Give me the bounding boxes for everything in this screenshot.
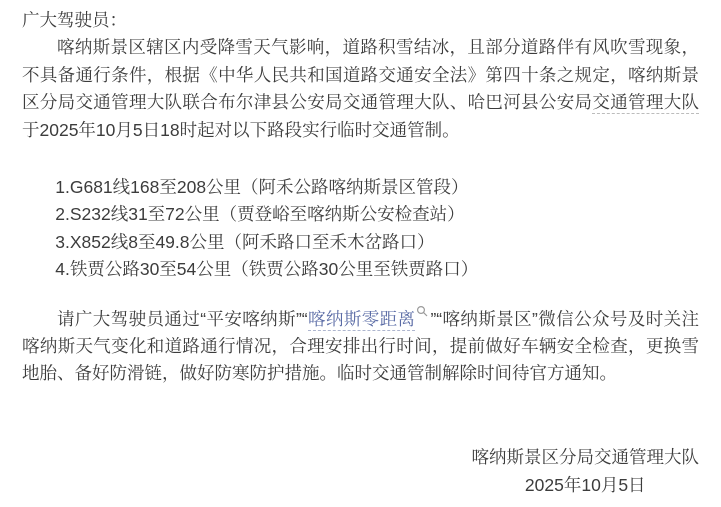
road-list-item-4: 4.铁贾公路30至54公里（铁贾公路30公里至铁贾路口） — [22, 256, 699, 283]
signature-organization: 喀纳斯景区分局交通管理大队 — [472, 444, 700, 471]
paragraph-weather: 喀纳斯景区辖区内受降雪天气影响，道路积雪结冰，且部分道路伴有风吹雪现象，不具备通… — [22, 34, 699, 144]
road-list-item-3: 3.X852线8至49.8公里（阿禾路口至禾木岔路口） — [22, 229, 699, 256]
road-list-item-2: 2.S232线31至72公里（贾登峪至喀纳斯公安检查站） — [22, 201, 699, 228]
salutation: 广大驾驶员： — [22, 7, 699, 34]
signature-date: 2025年10月5日 — [472, 472, 700, 499]
paragraph-weather-underlined-text: 交通管理大队 — [592, 92, 699, 114]
road-list: 1.G681线168至208公里（阿禾公路喀纳斯景区管段） 2.S232线31至… — [22, 174, 699, 284]
paragraph-advice: 请广大驾驶员通过“平安喀纳斯”“喀纳斯零距离 ”“喀纳斯景区”微信公众号及时关注… — [22, 306, 699, 388]
paragraph-advice-text: 请广大驾驶员通过“平安喀纳斯”“ — [57, 309, 308, 329]
paragraph-weather-text-end: 于2025年10月5日18时起对以下路段实行临时交通管制。 — [22, 120, 460, 140]
road-list-item-1: 1.G681线168至208公里（阿禾公路喀纳斯景区管段） — [22, 174, 699, 201]
search-icon — [416, 305, 429, 318]
traffic-notice-document: 广大驾驶员： 喀纳斯景区辖区内受降雪天气影响，道路积雪结冰，且部分道路伴有风吹雪… — [22, 7, 699, 500]
kanas-zero-distance-link[interactable]: 喀纳斯零距离 — [308, 309, 416, 331]
signature-inner: 喀纳斯景区分局交通管理大队 2025年10月5日 — [472, 444, 700, 500]
signature-block: 喀纳斯景区分局交通管理大队 2025年10月5日 — [22, 444, 699, 500]
